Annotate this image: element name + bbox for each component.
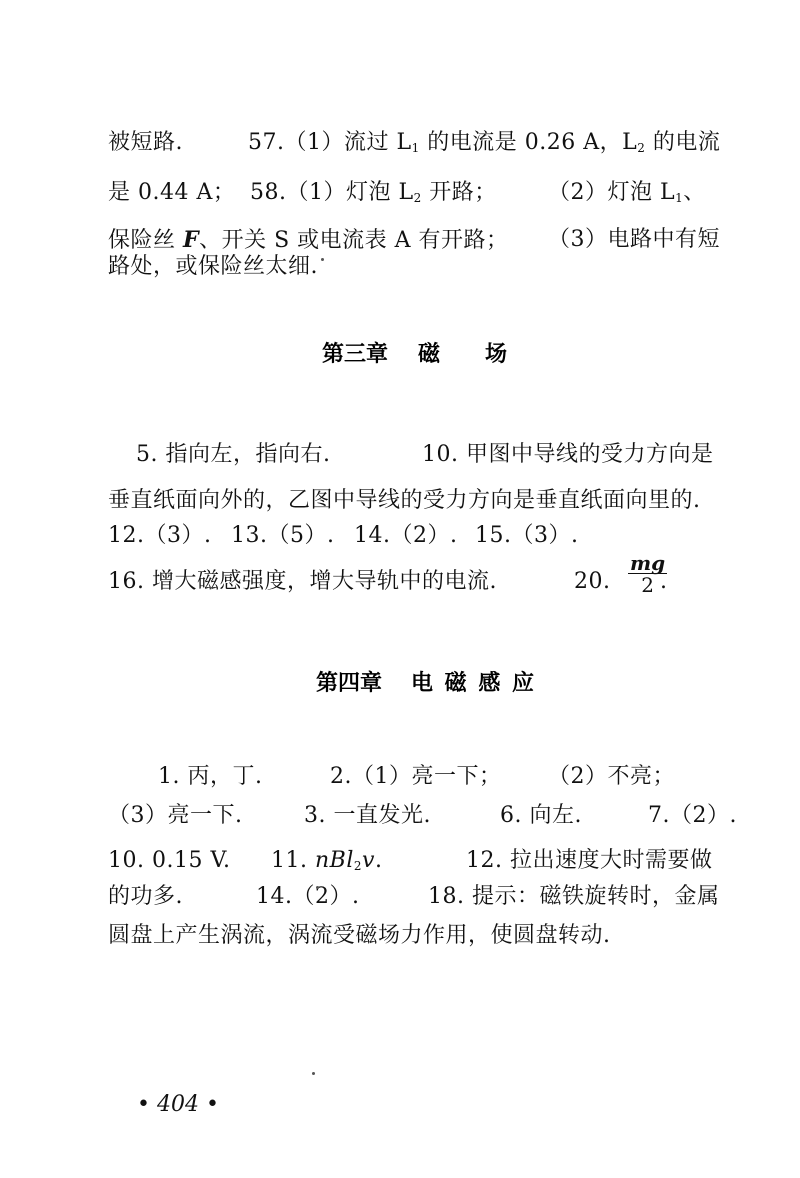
answer-58-part2: （2）灯泡 L1、	[548, 178, 706, 208]
answer-16: 16. 增大磁感强度，增大导轨中的电流.	[108, 567, 497, 597]
answer-12-cont: 的功多.	[108, 882, 183, 912]
answer-14: 14.（2）.	[256, 882, 359, 912]
answer-7: 7.（2）.	[648, 801, 737, 831]
answer-18: 18. 提示：磁铁旋转时，金属	[428, 882, 719, 912]
answer-10: 10. 甲图中导线的受力方向是	[422, 440, 713, 470]
answer-5: 5. 指向左，指向右.	[136, 440, 330, 470]
answer-10-cont: 垂直纸面向外的，乙图中导线的受力方向是垂直纸面向里的.	[108, 486, 701, 516]
document-page: 被短路. 57.（1）流过 L1 的电流是 0.26 A，L2 的电流 是 0.…	[0, 0, 800, 1178]
answer-15: 15.（3）.	[475, 521, 578, 551]
answer-3: 3. 一直发光.	[304, 801, 431, 831]
answer-text: 被短路.	[108, 128, 183, 158]
answer-20-label: 20.	[574, 567, 611, 597]
answer-6: 6. 向左.	[500, 801, 582, 831]
answer-58-part3: （3）电路中有短	[548, 225, 720, 255]
answer-10: 10. 0.15 V.	[108, 846, 231, 876]
scan-speck	[321, 258, 324, 261]
answer-58: 58.（1）灯泡 L2 开路；	[250, 178, 497, 208]
answer-text: 是 0.44 A；	[108, 178, 235, 208]
answer-12: 12.（3）.	[108, 521, 211, 551]
page-number: • 404 •	[137, 1092, 219, 1117]
answer-2: 2.（1）亮一下；	[330, 762, 502, 792]
answer-2-part3: （3）亮一下.	[108, 801, 243, 831]
scan-speck	[316, 886, 319, 889]
chapter-3-heading: 第三章 磁 场	[322, 340, 388, 370]
answer-20-end: .	[660, 567, 667, 597]
answer-57: 57.（1）流过 L1 的电流是 0.26 A，L2 的电流	[248, 128, 720, 158]
answer-11: 11. nBl2v.	[271, 846, 382, 876]
answer-14: 14.（2）.	[354, 521, 457, 551]
answer-12: 12. 拉出速度大时需要做	[466, 846, 712, 876]
answer-1: 1. 丙，丁.	[158, 762, 262, 792]
answer-13: 13.（5）.	[231, 521, 334, 551]
scan-speck	[312, 1072, 315, 1075]
answer-2-part2: （2）不亮；	[548, 762, 675, 792]
answer-18-cont: 圆盘上产生涡流，涡流受磁场力作用，使圆盘转动.	[108, 921, 611, 951]
chapter-4-heading: 第四章 电 磁 感 应	[316, 669, 382, 699]
answer-text: 路处，或保险丝太细.	[108, 252, 318, 282]
